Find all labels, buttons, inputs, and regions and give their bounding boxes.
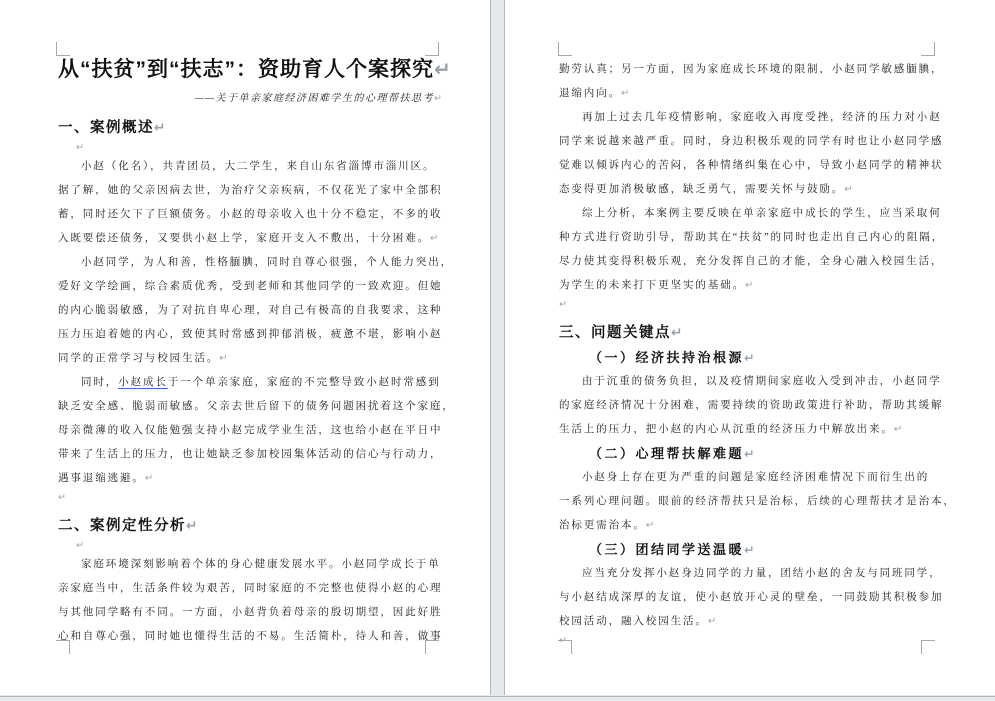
section-heading-1[interactable]: 一、案例概述↵: [58, 115, 444, 141]
paragraph-overview-2[interactable]: 小赵同学，为人和善，性格腼腆，同时自尊心很强，个人能力突出， 爱好文学绘画，综合…: [58, 251, 444, 371]
paragraph-analysis-part1[interactable]: 家庭环境深刻影响着个体的身心健康发展水平。小赵同学成长于单 亲家庭当中，生活条件…: [58, 553, 444, 649]
page-1-content: 从“扶贫”到“扶志”：资助育人个案探究↵ ——关于单亲家庭经济困难学生的心理帮扶…: [0, 0, 490, 649]
pilcrow-mark-icon: ↵: [744, 447, 754, 461]
paragraph-analysis-3[interactable]: 综上分析，本案例主要反映在单亲家庭中成长的学生，应当采取何 种方式进行资助引导，…: [559, 202, 949, 298]
pilcrow-mark-icon: ↵: [744, 543, 754, 557]
pilcrow-mark-icon: ↵: [671, 325, 683, 341]
sub-heading-3-text: （三）团结同学送温暖: [589, 542, 744, 557]
empty-line[interactable]: ↵: [58, 539, 444, 553]
paragraph-analysis-2[interactable]: 再加上过去几年疫情影响，家庭收入再度受挫，经济的压力对小赵 同学来说越来越严重。…: [559, 106, 949, 202]
doc-title-text: 从“扶贫”到“扶志”：资助育人个案探究: [58, 58, 434, 81]
empty-line[interactable]: ↵: [559, 298, 949, 312]
paragraph-overview-3[interactable]: 同时，小赵成长于一个单亲家庭，家庭的不完整导致小赵时常感到 缺乏安全感、脆弱而敏…: [58, 371, 444, 491]
paragraph-text: 家庭环境深刻影响着个体的身心健康发展水平。小赵同学成长于单 亲家庭当中，生活条件…: [58, 559, 442, 642]
pilcrow-mark-icon: ↵: [434, 93, 442, 104]
paragraph-text: 应当充分发挥小赵身边同学的力量，团结小赵的舍友与同班同学， 与小赵结成深厚的友谊…: [559, 568, 943, 627]
grammar-underlined-text: 小赵成长: [118, 377, 168, 389]
section-heading-3-text: 三、问题关键点: [559, 325, 671, 341]
paragraph-analysis-part2[interactable]: 勤劳认真；另一方面，因为家庭成长环境的限制，小赵同学敏感腼腆， 退缩内向。↵: [559, 58, 949, 106]
pilcrow-mark-icon: ↵: [559, 635, 567, 646]
paragraph-text: 小赵同学，为人和善，性格腼腆，同时自尊心很强，个人能力突出， 爱好文学绘画，综合…: [58, 257, 453, 364]
sub-heading-3[interactable]: （三）团结同学送温暖↵: [559, 538, 949, 562]
sub-heading-2-text: （二）心理帮扶解难题: [589, 446, 744, 461]
pilcrow-mark-icon: ↵: [844, 184, 852, 195]
section-heading-1-text: 一、案例概述: [58, 120, 154, 136]
page-2[interactable]: 勤劳认真；另一方面，因为家庭成长环境的限制，小赵同学敏感腼腆， 退缩内向。↵ 再…: [504, 0, 995, 695]
paragraph-keypoint-2[interactable]: 小赵身上存在更为严重的问题是家庭经济困难情况下而衍生出的 一系列心理问题。眼前的…: [559, 466, 949, 538]
section-heading-3[interactable]: 三、问题关键点↵: [559, 320, 949, 346]
pilcrow-mark-icon: ↵: [708, 616, 716, 627]
pilcrow-mark-icon: ↵: [894, 424, 902, 435]
pilcrow-mark-icon: ↵: [646, 520, 654, 531]
empty-line[interactable]: ↵: [559, 634, 949, 648]
sub-heading-1[interactable]: （一）经济扶持治根源↵: [559, 346, 949, 370]
paragraph-text: 同时，: [81, 377, 118, 388]
empty-line[interactable]: ↵: [58, 491, 444, 505]
pilcrow-mark-icon: ↵: [745, 280, 753, 291]
paragraph-text: 于一个单亲家庭，家庭的不完整导致小赵时常感到 缺乏安全感、脆弱而敏感。父亲去世后…: [58, 377, 455, 484]
pilcrow-mark-icon: ↵: [621, 88, 629, 99]
pilcrow-mark-icon: ↵: [76, 142, 84, 153]
pilcrow-mark-icon: ↵: [559, 299, 567, 310]
page-gap: [491, 0, 504, 701]
paragraph-keypoint-1[interactable]: 由于沉重的债务负担，以及疫情期间家庭收入受到冲击，小赵同学 的家庭经济情况十分困…: [559, 370, 949, 442]
page-1[interactable]: 从“扶贫”到“扶志”：资助育人个案探究↵ ——关于单亲家庭经济困难学生的心理帮扶…: [0, 0, 491, 695]
pilcrow-mark-icon: ↵: [434, 57, 451, 81]
paragraph-text: 再加上过去几年疫情影响，家庭收入再度受挫，经济的压力对小赵 同学来说越来越严重。…: [559, 112, 943, 195]
paragraph-text: 小赵身上存在更为严重的问题是家庭经济困难情况下而衍生出的 一系列心理问题。眼前的…: [559, 472, 956, 531]
pilcrow-mark-icon: ↵: [186, 518, 198, 534]
doc-subtitle-text: ——关于单亲家庭经济困难学生的心理帮扶思考: [195, 93, 434, 104]
pilcrow-mark-icon: ↵: [145, 473, 153, 484]
paragraph-text: 小赵（化名），共青团员，大二学生，来自山东省淄博市淄川区。 据了解，她的父亲因病…: [58, 161, 442, 244]
pilcrow-mark-icon: ↵: [744, 351, 754, 365]
pilcrow-mark-icon: ↵: [154, 120, 166, 136]
pilcrow-mark-icon: ↵: [430, 233, 438, 244]
pilcrow-mark-icon: ↵: [58, 492, 66, 503]
sub-heading-2[interactable]: （二）心理帮扶解难题↵: [559, 442, 949, 466]
page-2-content: 勤劳认真；另一方面，因为家庭成长环境的限制，小赵同学敏感腼腆， 退缩内向。↵ 再…: [505, 0, 995, 648]
doc-title[interactable]: 从“扶贫”到“扶志”：资助育人个案探究↵: [58, 54, 444, 85]
paragraph-overview-1[interactable]: 小赵（化名），共青团员，大二学生，来自山东省淄博市淄川区。 据了解，她的父亲因病…: [58, 155, 444, 251]
empty-line[interactable]: ↵: [58, 141, 444, 155]
section-heading-2-text: 二、案例定性分析: [58, 518, 186, 534]
pilcrow-mark-icon: ↵: [219, 353, 227, 364]
sub-heading-1-text: （一）经济扶持治根源: [589, 350, 744, 365]
pilcrow-mark-icon: ↵: [76, 540, 84, 551]
canvas-bottom-strip: [0, 696, 995, 701]
paragraph-text: 勤劳认真；另一方面，因为家庭成长环境的限制，小赵同学敏感腼腆， 退缩内向。: [559, 64, 943, 99]
paragraph-text: 综上分析，本案例主要反映在单亲家庭中成长的学生，应当采取何 种方式进行资助引导，…: [559, 208, 944, 291]
doc-subtitle[interactable]: ——关于单亲家庭经济困难学生的心理帮扶思考↵: [58, 91, 442, 107]
section-heading-2[interactable]: 二、案例定性分析↵: [58, 513, 444, 539]
document-canvas: 从“扶贫”到“扶志”：资助育人个案探究↵ ——关于单亲家庭经济困难学生的心理帮扶…: [0, 0, 995, 701]
paragraph-keypoint-3[interactable]: 应当充分发挥小赵身边同学的力量，团结小赵的舍友与同班同学， 与小赵结成深厚的友谊…: [559, 562, 949, 634]
paragraph-text: 由于沉重的债务负担，以及疫情期间家庭收入受到冲击，小赵同学 的家庭经济情况十分困…: [559, 376, 943, 435]
